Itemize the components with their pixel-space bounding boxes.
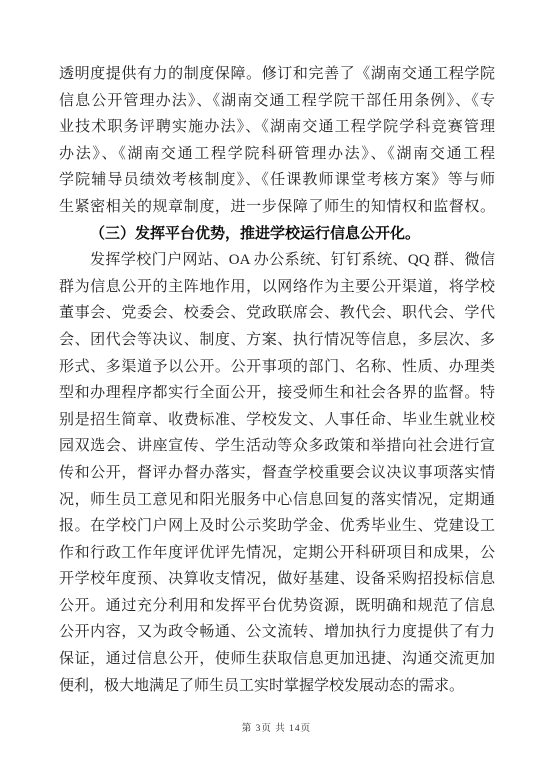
body-line: 生紧密相关的规章制度，进一步保障了师生的知情权和监督权。	[59, 194, 495, 221]
section-heading: （三）发挥平台优势，推进学校运行信息公开化。	[59, 221, 495, 248]
body-line: 开学校年度预、决算收支情况，做好基建、设备采购招投标信息	[59, 566, 495, 593]
body-line: 别是招生简章、收费标准、学校发文、人事任命、毕业生就业校	[59, 407, 495, 434]
body-line: 公开。通过充分利用和发挥平台优势资源，既明确和规范了信息	[59, 593, 495, 620]
page-number-footer: 第 3页 共 14页	[0, 721, 553, 737]
body-line: 报。在学校门户网上及时公示奖助学金、优秀毕业生、党建设工	[59, 513, 495, 540]
body-line: 学院辅导员绩效考核制度》、《任课教师课堂考核方案》等与师	[59, 167, 495, 194]
body-line: 办法》、《湖南交通工程学院科研管理办法》、《湖南交通工程	[59, 141, 495, 168]
body-line: 传和公开，督评办督办落实，督查学校重要会议决议事项落实情	[59, 460, 495, 487]
body-line: 发挥学校门户网站、OA 办公系统、钉钉系统、QQ 群、微信	[59, 247, 495, 274]
body-line: 董事会、党委会、校委会、党政联席会、教代会、职代会、学代	[59, 300, 495, 327]
body-line: 形式、多渠道予以公开。公开事项的部门、名称、性质、办理类	[59, 354, 495, 381]
body-line: 信息公开管理办法》、《湖南交通工程学院干部任用条例》、《专	[59, 88, 495, 115]
document-page: 透明度提供有力的制度保障。修订和完善了《湖南交通工程学院 信息公开管理办法》、《…	[0, 0, 553, 783]
body-line: 园双选会、讲座宣传、学生活动等众多政策和举措向社会进行宣	[59, 433, 495, 460]
body-line: 公开内容，又为政令畅通、公文流转、增加执行力度提供了有力	[59, 619, 495, 646]
body-line: 业技术职务评聘实施办法》、《湖南交通工程学院学科竞赛管理	[59, 114, 495, 141]
body-line: 群为信息公开的主阵地作用，以网络作为主要公开渠道，将学校	[59, 274, 495, 301]
body-line: 会、团代会等决议、制度、方案、执行情况等信息，多层次、多	[59, 327, 495, 354]
body-line: 作和行政工作年度评优评先情况，定期公开科研项目和成果，公	[59, 540, 495, 567]
body-line: 保证，通过信息公开，使师生获取信息更加迅捷、沟通交流更加	[59, 646, 495, 673]
body-line: 便利，极大地满足了师生员工实时掌握学校发展动态的需求。	[59, 673, 495, 700]
body-line: 型和办理程序都实行全面公开，接受师生和社会各界的监督。特	[59, 380, 495, 407]
body-line: 况，师生员工意见和阳光服务中心信息回复的落实情况，定期通	[59, 487, 495, 514]
document-body: 透明度提供有力的制度保障。修订和完善了《湖南交通工程学院 信息公开管理办法》、《…	[59, 61, 495, 699]
body-line: 透明度提供有力的制度保障。修订和完善了《湖南交通工程学院	[59, 61, 495, 88]
